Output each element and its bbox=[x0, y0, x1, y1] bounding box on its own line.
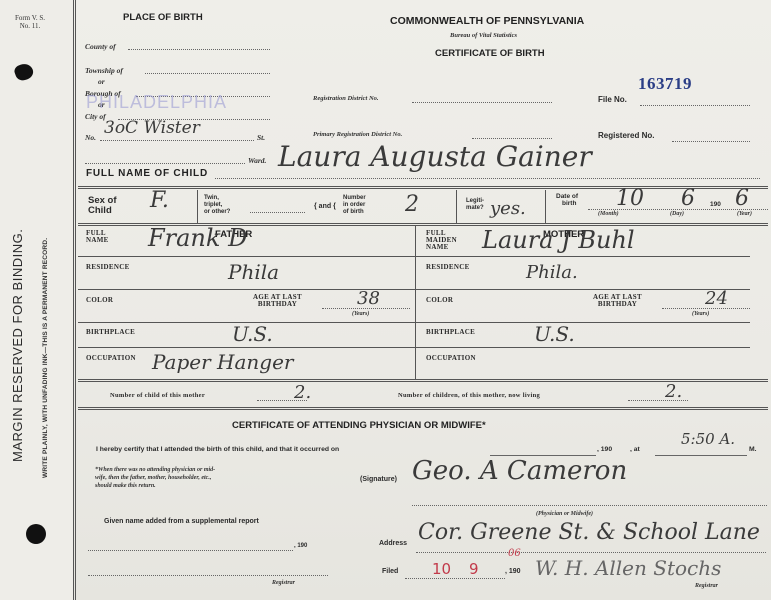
mother-birthplace-label: BIRTHPLACE bbox=[426, 328, 475, 336]
child-name-value: Laura Augusta Gainer bbox=[278, 140, 592, 173]
street-value: 3oC Wister bbox=[104, 118, 200, 138]
address-value: Cor. Greene St. & School Lane bbox=[418, 520, 760, 545]
dob-year-value: 6 bbox=[735, 186, 749, 211]
place-of-birth-heading: PLACE OF BIRTH bbox=[123, 12, 203, 23]
birth-order-label: Numberin orderof birth bbox=[343, 195, 366, 216]
mother-residence-label: RESIDENCE bbox=[426, 263, 470, 271]
date-of-birth-field[interactable] bbox=[588, 209, 768, 210]
physician-caption: (Physician or Midwife) bbox=[536, 511, 593, 517]
father-years-caption: (Years) bbox=[352, 311, 369, 317]
registered-number-label: Registered No. bbox=[598, 131, 654, 140]
mother-age-field[interactable] bbox=[662, 308, 750, 309]
city-label: City of bbox=[85, 112, 106, 121]
street-number-label: No. bbox=[85, 133, 96, 142]
mother-years-caption: (Years) bbox=[692, 311, 709, 317]
father-occupation-label: OCCUPATION bbox=[86, 354, 136, 362]
supplemental-label: Given name added from a supplemental rep… bbox=[104, 518, 259, 525]
supplemental-date-field[interactable] bbox=[88, 550, 293, 551]
physician-signature-value: Geo. A Cameron bbox=[412, 456, 627, 486]
time-field[interactable] bbox=[655, 455, 747, 456]
day-caption: (Day) bbox=[670, 211, 684, 217]
mother-residence-value: Phila. bbox=[526, 262, 578, 283]
parent-column-divider bbox=[415, 226, 416, 379]
father-occupation-value: Paper Hanger bbox=[152, 350, 293, 374]
address-label: Address bbox=[379, 540, 407, 547]
child-name-label: FULL NAME OF CHILD bbox=[86, 168, 208, 179]
mother-name-label: FULLMAIDENNAME bbox=[426, 230, 457, 251]
at-label: , at bbox=[630, 446, 640, 453]
dob-month-value: 10 bbox=[616, 186, 644, 211]
row-divider bbox=[415, 347, 750, 348]
dob-day-value: 6 bbox=[681, 186, 695, 211]
filed-year-prefix: , 190 bbox=[505, 568, 521, 575]
month-caption: (Month) bbox=[598, 211, 619, 217]
father-residence-value: Phila bbox=[228, 260, 279, 284]
occurred-year-prefix: , 190 bbox=[597, 446, 612, 453]
birth-certificate-page: Form V. S. No. 11. MARGIN RESERVED FOR B… bbox=[0, 0, 771, 600]
row-divider bbox=[78, 256, 415, 257]
state-heading: COMMONWEALTH OF PENNSYLVANIA bbox=[390, 15, 584, 27]
meridiem-label: M. bbox=[749, 446, 757, 453]
filed-date-field[interactable] bbox=[405, 578, 505, 579]
or-label: or bbox=[98, 77, 105, 86]
registration-district-field[interactable] bbox=[412, 102, 552, 103]
form-number-line2: No. 11. bbox=[6, 22, 54, 30]
registrar-caption: Registrar bbox=[695, 583, 718, 589]
unfading-ink-text: WRITE PLAINLY, WITH UNFADING INK—THIS IS… bbox=[42, 238, 49, 478]
row-divider bbox=[415, 322, 750, 323]
children-living-value: 2. bbox=[665, 381, 682, 402]
birth-order-value: 2 bbox=[405, 192, 419, 217]
children-living-label: Number of children, of this mother, now … bbox=[398, 392, 540, 399]
address-field[interactable] bbox=[416, 552, 766, 553]
date-of-birth-label: Date ofbirth bbox=[556, 193, 578, 207]
signature-field[interactable] bbox=[412, 505, 767, 506]
file-number-field[interactable] bbox=[640, 105, 750, 106]
physician-heading: CERTIFICATE OF ATTENDING PHYSICIAN OR MI… bbox=[232, 420, 486, 431]
registrar-signature-value: W. H. Allen Stochs bbox=[535, 556, 721, 580]
punch-hole-bottom-icon bbox=[26, 524, 46, 544]
child-number-label: Number of child of this mother bbox=[110, 392, 205, 399]
father-age-field[interactable] bbox=[322, 308, 410, 309]
mother-birthplace-value: U.S. bbox=[534, 322, 575, 346]
registration-district-label: Registration District No. bbox=[313, 95, 379, 102]
binding-margin: Form V. S. No. 11. MARGIN RESERVED FOR B… bbox=[0, 0, 74, 600]
filed-label: Filed bbox=[382, 568, 398, 575]
father-name-label: FULLNAME bbox=[86, 230, 109, 244]
father-birthplace-value: U.S. bbox=[232, 322, 273, 346]
ward-field[interactable] bbox=[85, 163, 245, 164]
file-number-value: 163719 bbox=[638, 74, 692, 94]
section-divider bbox=[78, 407, 768, 410]
dob-year-prefix: 190 bbox=[710, 201, 721, 208]
certify-text: I hereby certify that I attended the bir… bbox=[96, 446, 339, 453]
certificate-title: CERTIFICATE OF BIRTH bbox=[435, 48, 545, 59]
form-number: Form V. S. No. 11. bbox=[6, 14, 54, 30]
file-number-label: File No. bbox=[598, 95, 627, 104]
father-age-value: 38 bbox=[357, 288, 380, 309]
mother-color-label: COLOR bbox=[426, 296, 453, 304]
father-color-label: COLOR bbox=[86, 296, 113, 304]
county-field[interactable] bbox=[128, 49, 270, 50]
divider bbox=[545, 190, 546, 223]
primary-district-field[interactable] bbox=[472, 138, 552, 139]
mother-name-value: Laura J Buhl bbox=[482, 226, 635, 254]
signature-label: (Signature) bbox=[360, 476, 397, 483]
father-residence-label: RESIDENCE bbox=[86, 263, 130, 271]
legitimate-label: Legiti-mate? bbox=[466, 198, 484, 212]
row-divider bbox=[415, 256, 750, 257]
and-label: { and { bbox=[314, 203, 336, 210]
year-caption: (Year) bbox=[737, 211, 752, 217]
filed-year-mark: 06 bbox=[508, 548, 521, 559]
township-label: Township of bbox=[85, 66, 123, 75]
divider bbox=[197, 190, 198, 223]
bureau-heading: Bureau of Vital Statistics bbox=[450, 32, 517, 39]
time-value: 5:50 A. bbox=[681, 430, 735, 448]
twin-field[interactable] bbox=[250, 212, 305, 213]
filed-day-value: 9 bbox=[469, 560, 479, 578]
row-divider bbox=[415, 289, 750, 290]
form-number-line1: Form V. S. bbox=[6, 14, 54, 22]
mother-age-value: 24 bbox=[705, 288, 728, 309]
row-divider bbox=[78, 347, 415, 348]
sex-label: Sex ofChild bbox=[88, 196, 117, 216]
margin-rule bbox=[73, 0, 76, 600]
mother-age-label: AGE AT LASTBIRTHDAY bbox=[593, 294, 642, 308]
mother-occupation-label: OCCUPATION bbox=[426, 354, 476, 362]
binding-margin-text: MARGIN RESERVED FOR BINDING. bbox=[10, 229, 25, 462]
father-age-label: AGE AT LASTBIRTHDAY bbox=[253, 294, 302, 308]
supplemental-registrar-caption: Registrar bbox=[272, 580, 295, 586]
punch-hole-top-icon bbox=[13, 61, 35, 82]
ward-label: Ward. bbox=[248, 156, 266, 165]
no-physician-note: *When there was no attending physician o… bbox=[95, 466, 215, 490]
sex-value: F. bbox=[150, 188, 169, 213]
child-number-value: 2. bbox=[294, 382, 311, 403]
county-label: County of bbox=[85, 42, 116, 51]
supplemental-registrar-field[interactable] bbox=[88, 575, 328, 576]
primary-district-label: Primary Registration District No. bbox=[313, 131, 402, 138]
city-stamp: PHILADELPHIA bbox=[86, 92, 227, 113]
divider bbox=[456, 190, 457, 223]
registered-number-field[interactable] bbox=[672, 141, 750, 142]
twin-label: Twin,triplet,or other? bbox=[204, 195, 230, 216]
legitimate-value: yes. bbox=[490, 198, 526, 219]
supplemental-year-prefix: , 190 bbox=[294, 543, 307, 549]
father-name-value: Frank D bbox=[148, 224, 247, 252]
child-name-field[interactable] bbox=[215, 178, 760, 179]
section-divider bbox=[78, 186, 768, 189]
township-field[interactable] bbox=[145, 73, 270, 74]
street-suffix-label: St. bbox=[257, 133, 265, 142]
father-birthplace-label: BIRTHPLACE bbox=[86, 328, 135, 336]
filed-month-value: 10 bbox=[432, 560, 451, 578]
street-field[interactable] bbox=[100, 140, 254, 141]
